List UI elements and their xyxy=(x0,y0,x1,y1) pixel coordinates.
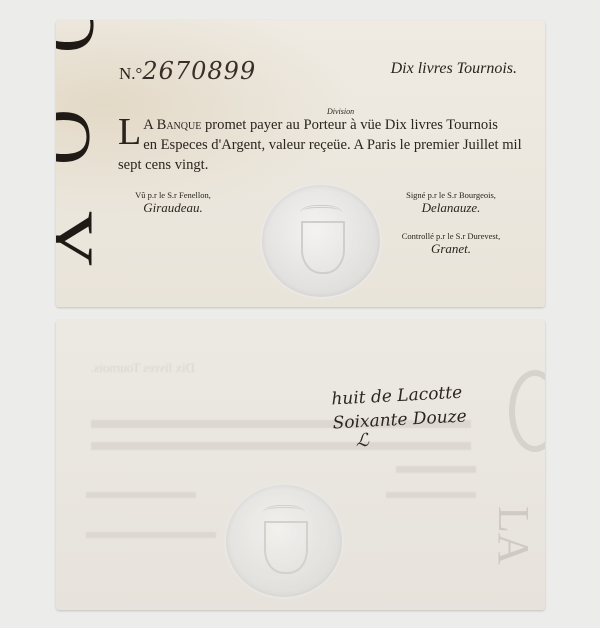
side-letter: O xyxy=(56,20,107,53)
ghost-letter-o xyxy=(509,370,545,452)
dropcap: L xyxy=(118,117,141,147)
serial-label: N.° xyxy=(119,64,142,83)
signature-label: Vû p.r le S.r Fenellon, xyxy=(108,190,238,200)
banknote-back: Dix livres Tournois. huit de Lacotte Soi… xyxy=(56,320,545,610)
promissory-text: LA Banque promet payer au Porteur à vüe … xyxy=(118,115,538,175)
handwritten-flourish: ℒ xyxy=(356,430,369,451)
serial-value: 2670899 xyxy=(142,57,256,85)
ghost-text-line xyxy=(91,442,471,450)
denomination: Dix livres Tournois. xyxy=(391,60,517,78)
signature-block: Controllé p.r le S.r Durevest, Granet. xyxy=(376,231,526,257)
body-line: en Especes d'Argent, valeur reçeüe. A Pa… xyxy=(143,137,521,153)
ghost-text-line xyxy=(396,466,476,473)
side-letter: O xyxy=(56,109,103,165)
embossed-seal-icon xyxy=(224,483,344,599)
body-line: sept cens vingt. xyxy=(118,157,208,173)
ghost-denomination: Dix livres Tournois. xyxy=(91,360,195,376)
signature-name: Delanauze. xyxy=(376,200,526,216)
signature-block: Signé p.r le S.r Bourgeois, Delanauze. xyxy=(376,190,526,216)
ghost-text-line xyxy=(386,492,476,498)
body-line: promet payer au Porteur à vüe Dix livres… xyxy=(201,117,498,133)
ghost-text-line xyxy=(86,492,196,498)
embossed-seal-icon xyxy=(260,183,382,299)
signature-name: Giraudeau. xyxy=(108,200,238,216)
banknote-front: O O Y N.°2670899 Dix livres Tournois. Di… xyxy=(56,20,545,307)
serial-number: N.°2670899 xyxy=(119,57,256,85)
bank-name: A Banque xyxy=(143,117,201,133)
signature-label: Controllé p.r le S.r Durevest, xyxy=(376,231,526,241)
handwritten-endorsement: huit de Lacotte Soixante Douze xyxy=(331,381,467,436)
ghost-text-line xyxy=(86,532,216,538)
ghost-side-letters: LA xyxy=(488,506,539,565)
side-letters: O O Y xyxy=(56,20,96,307)
signature-block: Vû p.r le S.r Fenellon, Giraudeau. xyxy=(108,190,238,216)
signature-name: Granet. xyxy=(376,241,526,257)
signature-label: Signé p.r le S.r Bourgeois, xyxy=(376,190,526,200)
side-letter: Y xyxy=(56,211,105,267)
